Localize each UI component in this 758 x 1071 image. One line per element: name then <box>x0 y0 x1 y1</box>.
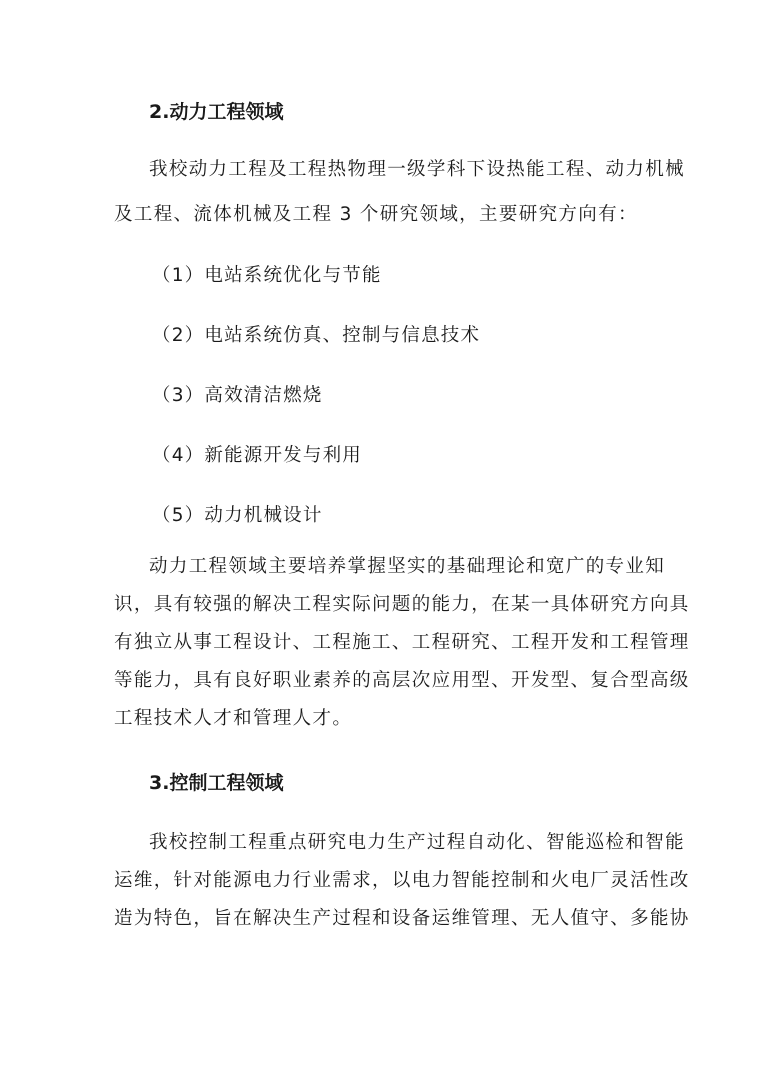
paragraph-line: 识，具有较强的解决工程实际问题的能力，在某一具体研究方向具 <box>114 590 635 620</box>
section2-intro-paragraph: 我校动力工程及工程热物理一级学科下设热能工程、动力机械 及工程、流体机械及工程 … <box>114 155 635 230</box>
paragraph-line: 造为特色，旨在解决生产过程和设备运维管理、无人值守、多能协 <box>114 904 635 934</box>
paragraph-line: 我校动力工程及工程热物理一级学科下设热能工程、动力机械 <box>114 155 635 185</box>
section3-intro-paragraph: 我校控制工程重点研究电力生产过程自动化、智能巡检和智能 运维，针对能源电力行业需… <box>114 828 635 934</box>
paragraph-line: 有独立从事工程设计、工程施工、工程研究、工程开发和工程管理 <box>114 628 635 658</box>
paragraph-line: 运维，针对能源电力行业需求，以电力智能控制和火电厂灵活性改 <box>114 866 635 896</box>
research-direction-item: （4）新能源开发与利用 <box>152 441 362 467</box>
section-heading-control-engineering: 3.控制工程领域 <box>149 768 283 795</box>
section-heading-power-engineering: 2.动力工程领域 <box>149 97 283 124</box>
research-direction-item: （3）高效清洁燃烧 <box>152 381 323 407</box>
paragraph-line: 工程技术人才和管理人才。 <box>114 704 635 734</box>
paragraph-line: 动力工程领域主要培养掌握坚实的基础理论和宽广的专业知 <box>114 552 635 582</box>
section2-summary-paragraph: 动力工程领域主要培养掌握坚实的基础理论和宽广的专业知 识，具有较强的解决工程实际… <box>114 552 635 734</box>
research-direction-item: （5）动力机械设计 <box>152 501 323 527</box>
research-direction-item: （1）电站系统优化与节能 <box>152 261 382 287</box>
research-direction-item: （2）电站系统仿真、控制与信息技术 <box>152 321 480 347</box>
paragraph-line: 等能力，具有良好职业素养的高层次应用型、开发型、复合型高级 <box>114 666 635 696</box>
paragraph-line: 我校控制工程重点研究电力生产过程自动化、智能巡检和智能 <box>114 828 635 858</box>
paragraph-line: 及工程、流体机械及工程 3 个研究领域，主要研究方向有： <box>114 200 635 230</box>
